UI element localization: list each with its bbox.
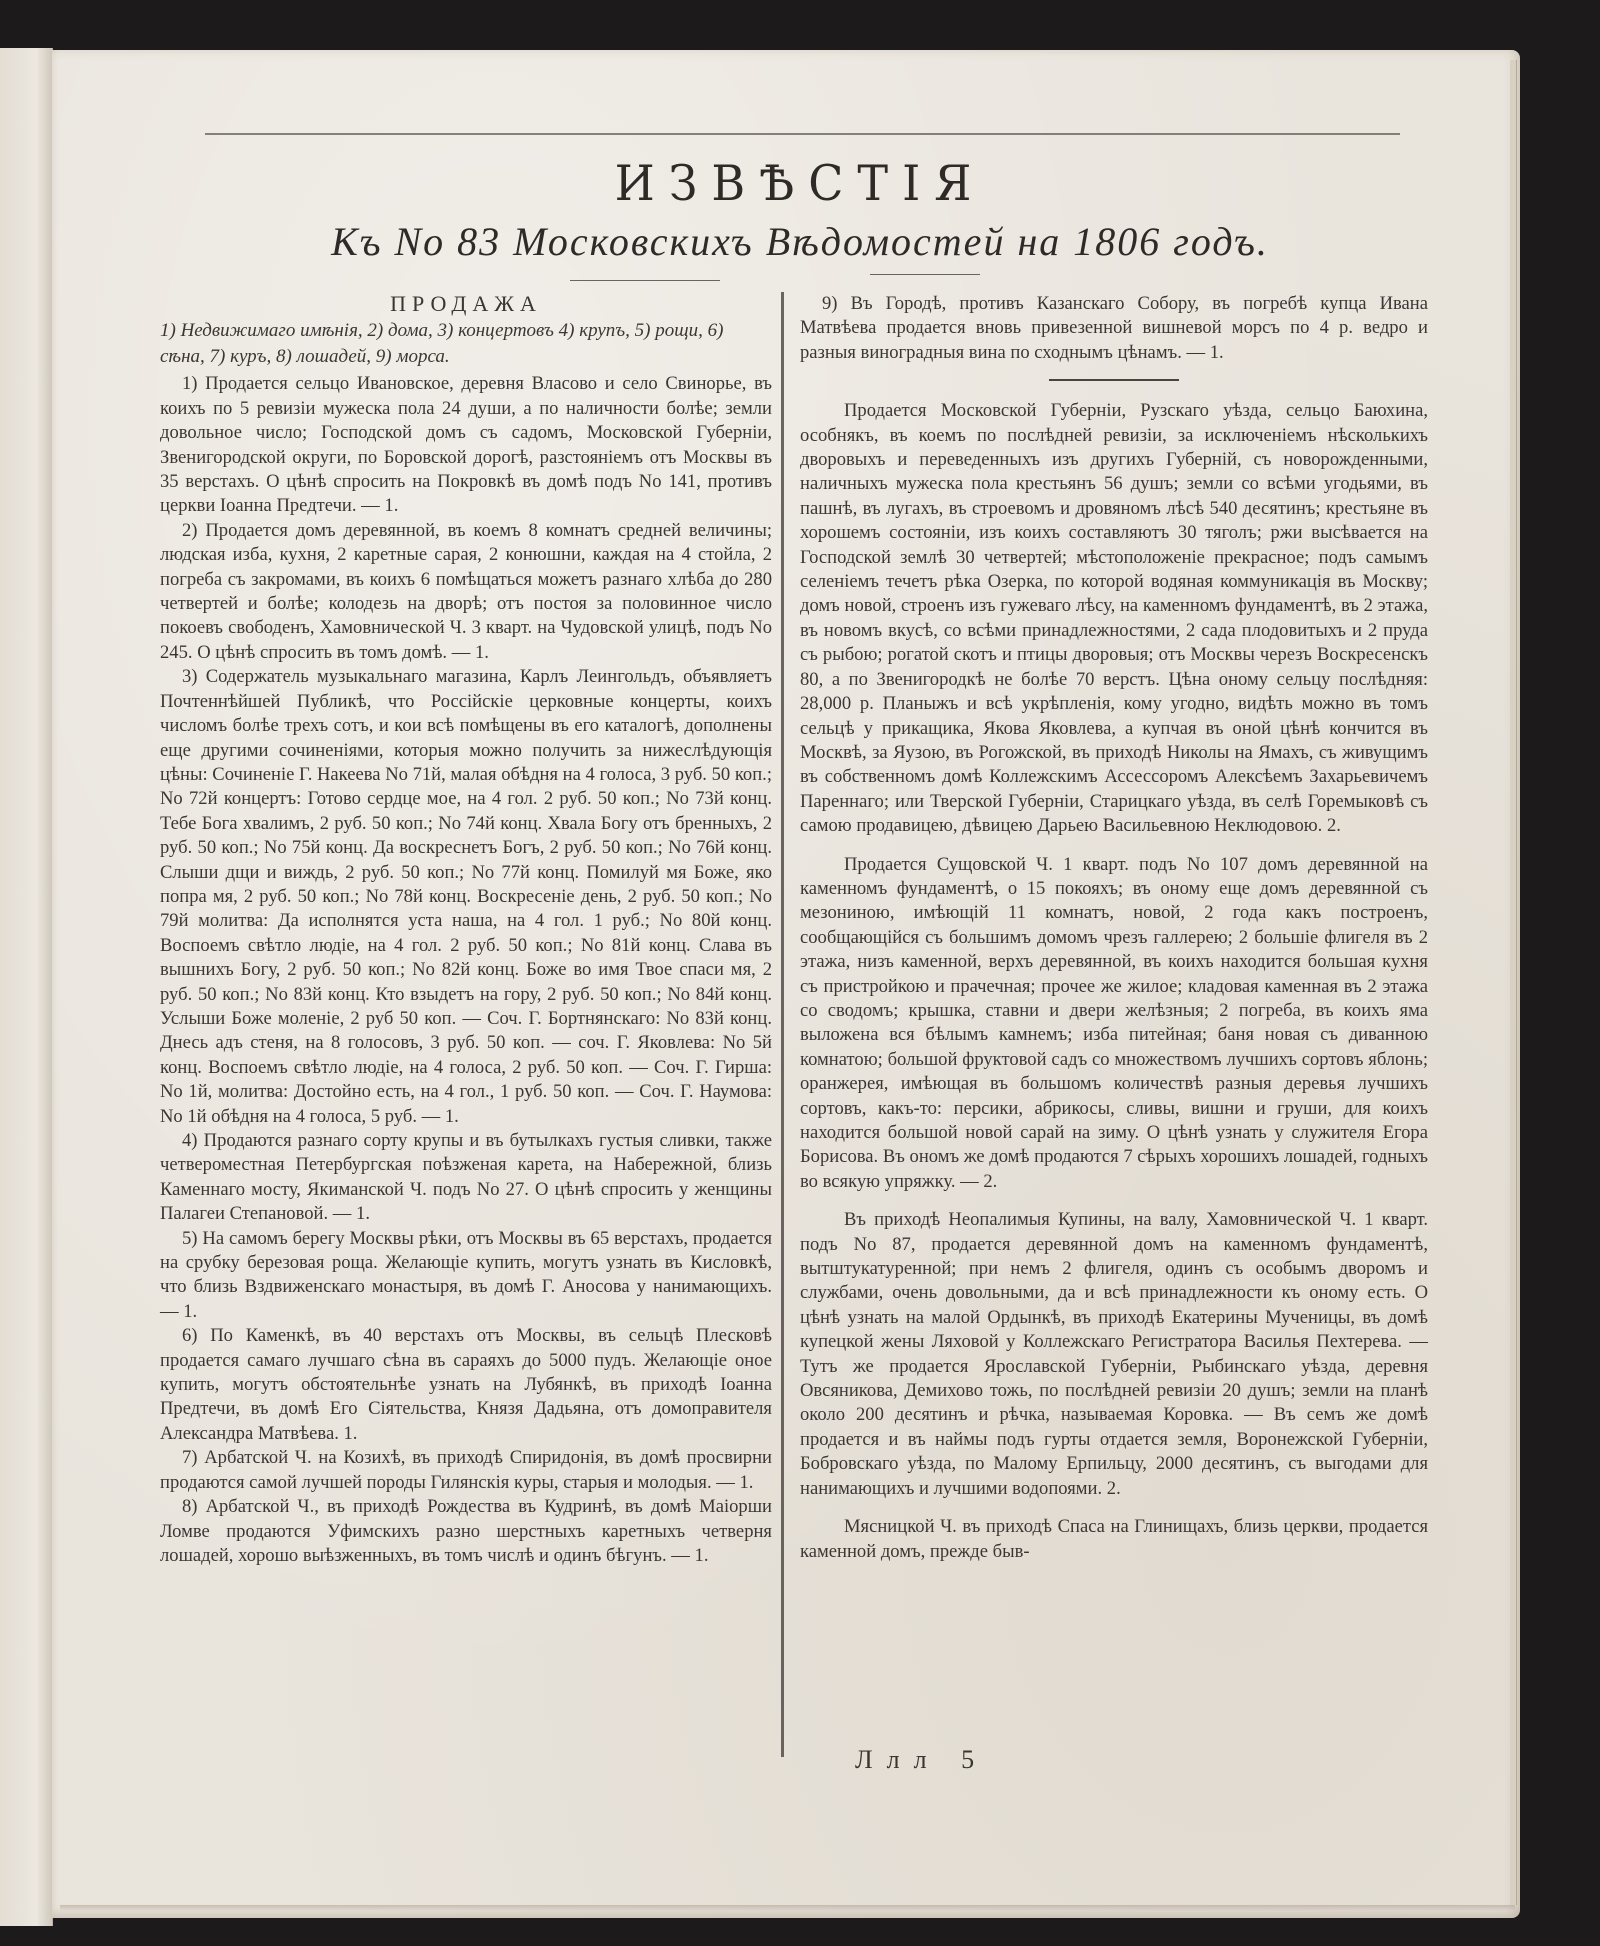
section-heading: ПРОДАЖА — [160, 292, 772, 316]
column-divider — [781, 292, 784, 1757]
ad-item: Мясницкой Ч. въ приходѣ Спаса на Глинища… — [800, 1515, 1428, 1564]
ad-item: 2) Продается домъ деревянной, въ коемъ 8… — [160, 519, 772, 665]
ad-item: 9) Въ Городѣ, противъ Казанскаго Собору,… — [800, 292, 1428, 365]
left-column: ПРОДАЖА 1) Недвижимаго имѣнія, 2) дома, … — [160, 292, 772, 1568]
ad-item: Продается Сущовской Ч. 1 кварт. подъ No … — [800, 853, 1428, 1195]
ad-item: Въ приходѣ Неопалимыя Купины, на валу, Х… — [800, 1208, 1428, 1501]
title-rule-left — [570, 280, 720, 281]
ad-item: 6) По Каменкѣ, въ 40 верстахъ отъ Москвы… — [160, 1324, 772, 1446]
category-list: 1) Недвижимаго имѣнія, 2) дома, 3) конце… — [160, 318, 772, 370]
ad-item: 7) Арбатской Ч. на Козихѣ, въ приходѣ Сп… — [160, 1446, 772, 1495]
masthead: ИЗВѢСТІЯ Къ No 83 Московскихъ Вѣдомостей… — [150, 150, 1450, 265]
ad-item: Продается Московской Губерніи, Рузскаго … — [800, 399, 1428, 838]
page-edge — [1510, 60, 1517, 1905]
left-page-leaf — [0, 48, 53, 1926]
header-rule — [205, 133, 1400, 135]
title-rule-right — [870, 274, 980, 275]
signature-mark: Ллл 5 — [855, 1745, 988, 1775]
right-column: 9) Въ Городѣ, противъ Казанскаго Собору,… — [800, 292, 1428, 1564]
page-bottom-edge — [60, 1905, 1515, 1911]
section-divider — [1049, 379, 1179, 381]
ad-item: 1) Продается сельцо Ивановское, деревня … — [160, 372, 772, 518]
masthead-title: ИЗВѢСТІЯ — [150, 155, 1450, 212]
ad-item: 4) Продаются разнаго сорту крупы и въ бу… — [160, 1129, 772, 1227]
ad-item: 3) Содержатель музыкальнаго магазина, Ка… — [160, 665, 772, 1129]
ad-item: 8) Арбатской Ч., въ приходѣ Рождества въ… — [160, 1495, 772, 1568]
masthead-subtitle: Къ No 83 Московскихъ Вѣдомостей на 1806 … — [150, 218, 1450, 265]
ad-item: 5) На самомъ берегу Москвы рѣки, отъ Мос… — [160, 1227, 772, 1325]
